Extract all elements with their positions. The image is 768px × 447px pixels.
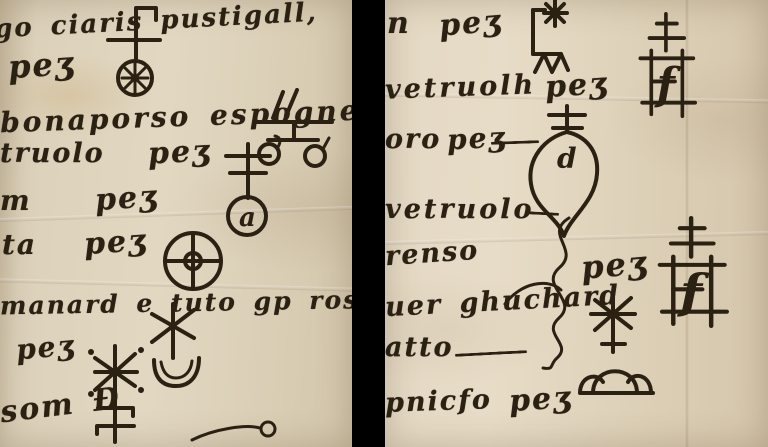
handwritten-line: peʒ	[147, 133, 212, 171]
handwritten-line: vetruolo	[385, 194, 534, 225]
handwritten-line: peʒ	[7, 44, 76, 87]
handwritten-line: n	[387, 6, 411, 41]
handwritten-line: ta	[2, 228, 37, 261]
manuscript-photo: go ciaris pustigall, peʒ bonaporso espog…	[0, 0, 768, 447]
handwritten-line: oro	[385, 124, 441, 155]
merchant-mark-cartwheel-icon	[158, 226, 228, 296]
pen-stroke-flourish	[190, 416, 286, 444]
merchant-mark-grid-f-icon: f	[633, 12, 697, 120]
handwritten-line: atto	[385, 332, 453, 363]
pen-stroke-flourish	[503, 272, 565, 310]
handwritten-line: vetruolh	[385, 69, 537, 105]
handwritten-line: peʒ	[83, 223, 148, 262]
handwritten-line: peʒ	[508, 380, 573, 419]
handwritten-line: truolo	[0, 138, 105, 169]
handwritten-line: peʒ	[94, 179, 159, 218]
connector-line	[455, 350, 527, 357]
handwritten-line: pnicfo	[385, 384, 492, 419]
merchant-mark-hook-cross-wheel-icon	[100, 0, 170, 100]
manuscript-page-left: go ciaris pustigall, peʒ bonaporso espog…	[0, 0, 352, 447]
handwritten-line: peʒ	[15, 328, 77, 366]
handwritten-line: renso	[385, 235, 480, 272]
merchant-mark-asterisk-trefoil-icon	[577, 292, 657, 402]
handwritten-line: peʒ	[446, 120, 507, 156]
manuscript-page-right: n peʒ f vetruolh peʒ oro peʒ d vetruolo	[385, 0, 768, 447]
mark-letter: a	[239, 203, 256, 233]
fold-crease	[0, 206, 352, 222]
merchant-mark-grid-f-icon: f	[651, 216, 729, 330]
handwritten-line: peʒ	[544, 66, 609, 105]
merchant-mark-star-crescent-icon	[142, 302, 212, 390]
handwritten-line: peʒ	[438, 3, 504, 43]
merchant-mark-cross-circle-a-icon: a	[218, 140, 278, 240]
handwritten-line: m	[0, 184, 32, 217]
mark-letter: d	[557, 142, 577, 175]
